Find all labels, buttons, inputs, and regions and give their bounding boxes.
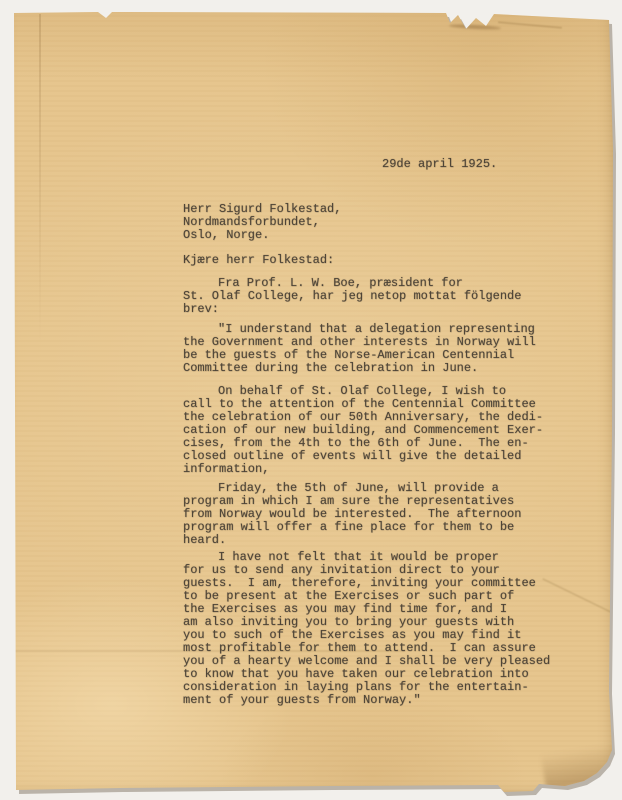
paragraph-quote-1: "I understand that a delegation represen…: [183, 323, 536, 375]
typed-letter-content: 29de april 1925. Herr Sigurd Folkestad, …: [0, 0, 622, 800]
typed-line: heard.: [183, 534, 521, 547]
typed-line: St. Olaf College, har jeg netop mottat f…: [183, 290, 521, 303]
salutation: Kjære herr Folkestad:: [183, 254, 334, 267]
recipient-address: Herr Sigurd Folkestad, Nordmandsforbunde…: [183, 203, 341, 242]
typed-line: information,: [183, 463, 543, 476]
typed-line: Committee during the celebration in June…: [183, 362, 536, 375]
typed-line: program will offer a fine place for them…: [183, 521, 521, 534]
typed-line: brev:: [183, 303, 521, 316]
scanned-letter-page: 29de april 1925. Herr Sigurd Folkestad, …: [0, 0, 622, 800]
paragraph-intro: Fra Prof. L. W. Boe, præsident for St. O…: [183, 277, 521, 316]
paragraph-quote-4: I have not felt that it would be proper …: [183, 551, 550, 707]
typed-line: ment of your guests from Norway.": [183, 694, 550, 707]
paragraph-quote-2: On behalf of St. Olaf College, I wish to…: [183, 385, 543, 476]
address-line: Oslo, Norge.: [183, 229, 341, 242]
salutation-line: Kjære herr Folkestad:: [183, 254, 334, 267]
typed-date: 29de april 1925.: [382, 158, 497, 171]
paragraph-quote-3: Friday, the 5th of June, will provide a …: [183, 482, 521, 547]
